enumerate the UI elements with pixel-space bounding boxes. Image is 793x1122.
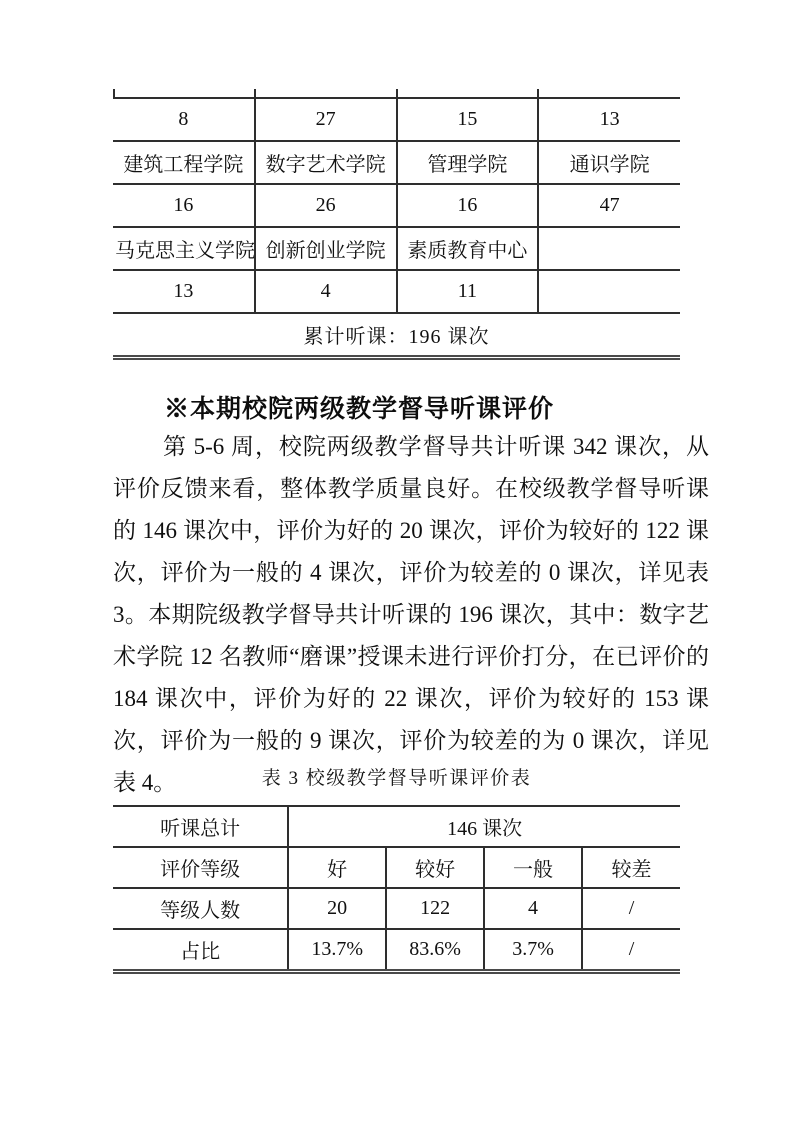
table-divider-stub	[537, 89, 539, 97]
table-divider-stub	[254, 89, 256, 97]
table-row-total: 听课总计 146 课次	[113, 806, 680, 847]
count-cell: 27	[255, 98, 397, 141]
value-cell: 4	[484, 888, 582, 929]
value-cell: 3.7%	[484, 929, 582, 972]
table-row: 13 4 11	[113, 270, 680, 313]
count-cell: 11	[397, 270, 539, 313]
college-name-cell: 管理学院	[397, 141, 539, 184]
value-cell: /	[582, 888, 680, 929]
row-label-cell: 评价等级	[113, 847, 288, 888]
college-name-cell	[538, 227, 680, 270]
section-heading: ※本期校院两级教学督导听课评价	[113, 389, 758, 425]
college-listening-count-table: 8 27 15 13 建筑工程学院 数字艺术学院 管理学院 通识学院 16 26…	[113, 97, 680, 360]
count-cell: 47	[538, 184, 680, 227]
college-name-cell: 素质教育中心	[397, 227, 539, 270]
row-label-cell: 听课总计	[113, 806, 288, 847]
total-value-cell: 146 课次	[288, 806, 680, 847]
grade-header-cell: 较差	[582, 847, 680, 888]
count-cell	[538, 270, 680, 313]
row-label-cell: 等级人数	[113, 888, 288, 929]
college-name-cell: 马克思主义学院	[113, 227, 255, 270]
count-cell: 13	[113, 270, 255, 313]
count-cell: 26	[255, 184, 397, 227]
table3-caption: 表 3 校级教学督导听课评价表	[113, 764, 680, 794]
row-label-cell: 占比	[113, 929, 288, 972]
college-name-cell: 数字艺术学院	[255, 141, 397, 184]
table-row: 16 26 16 47	[113, 184, 680, 227]
count-cell: 4	[255, 270, 397, 313]
grade-header-cell: 较好	[386, 847, 484, 888]
table-row: 8 27 15 13	[113, 98, 680, 141]
grade-header-cell: 一般	[484, 847, 582, 888]
value-cell: 13.7%	[288, 929, 386, 972]
table-row-grades: 评价等级 好 较好 一般 较差	[113, 847, 680, 888]
document-page: 8 27 15 13 建筑工程学院 数字艺术学院 管理学院 通识学院 16 26…	[0, 0, 793, 1122]
value-cell: /	[582, 929, 680, 972]
table-row: 马克思主义学院 创新创业学院 素质教育中心	[113, 227, 680, 270]
table-row-counts: 等级人数 20 122 4 /	[113, 888, 680, 929]
count-cell: 16	[397, 184, 539, 227]
table-row-percent: 占比 13.7% 83.6% 3.7% /	[113, 929, 680, 972]
body-paragraph: 第 5-6 周，校院两级教学督导共计听课 342 课次，从评价反馈来看，整体教学…	[113, 426, 709, 804]
count-cell: 15	[397, 98, 539, 141]
table-divider-stub	[113, 89, 115, 97]
table-row: 建筑工程学院 数字艺术学院 管理学院 通识学院	[113, 141, 680, 184]
value-cell: 122	[386, 888, 484, 929]
total-listening-cell: 累计听课：196 课次	[113, 313, 680, 358]
table-total-row: 累计听课：196 课次	[113, 313, 680, 358]
grade-header-cell: 好	[288, 847, 386, 888]
college-name-cell: 创新创业学院	[255, 227, 397, 270]
value-cell: 83.6%	[386, 929, 484, 972]
table-divider-stub	[396, 89, 398, 97]
evaluation-table: 听课总计 146 课次 评价等级 好 较好 一般 较差 等级人数 20 122 …	[113, 805, 680, 974]
count-cell: 13	[538, 98, 680, 141]
college-name-cell: 建筑工程学院	[113, 141, 255, 184]
count-cell: 8	[113, 98, 255, 141]
value-cell: 20	[288, 888, 386, 929]
count-cell: 16	[113, 184, 255, 227]
college-name-cell: 通识学院	[538, 141, 680, 184]
